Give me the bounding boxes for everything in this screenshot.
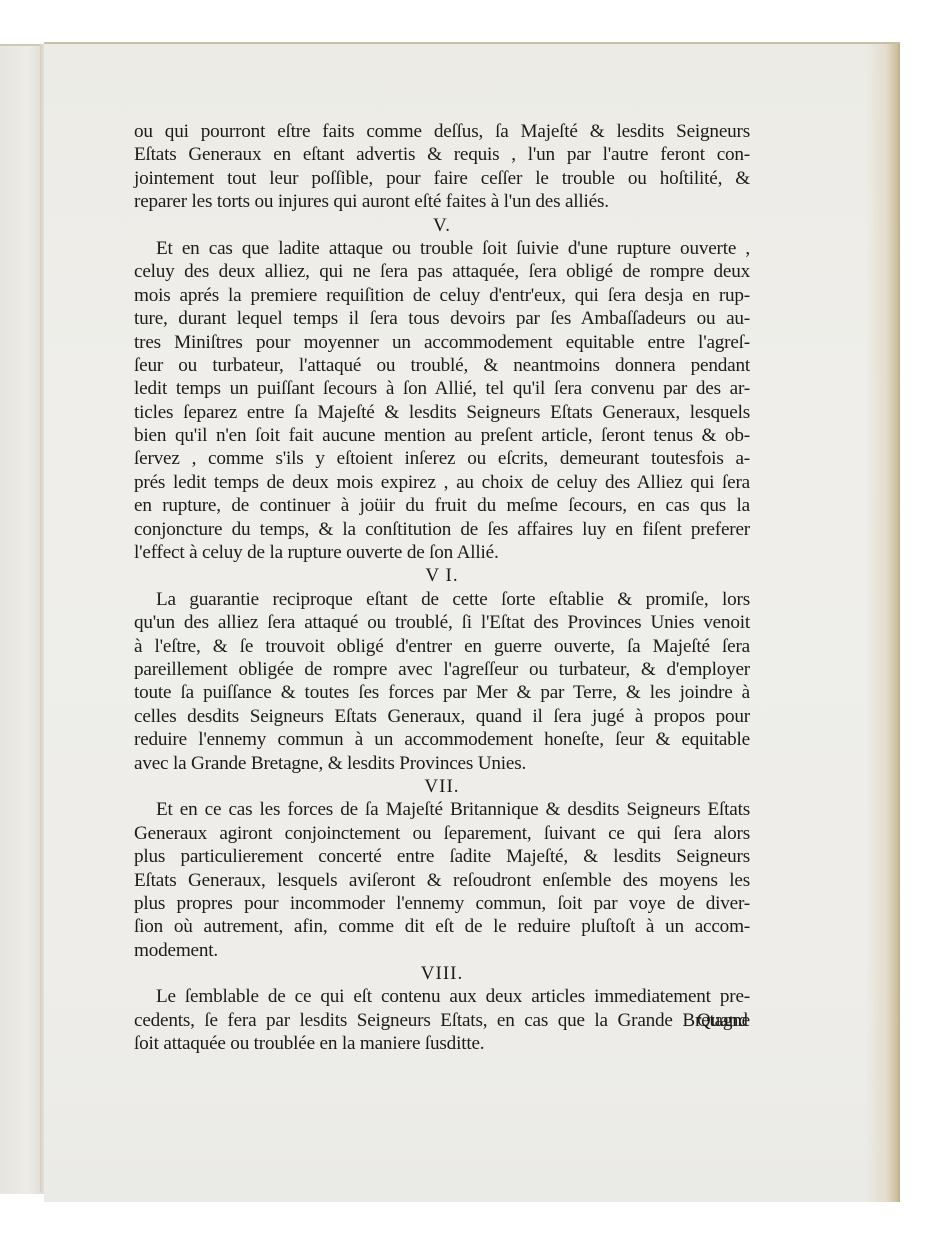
text-line: modement. bbox=[134, 939, 750, 962]
article-vii: VII. Et en ce cas les forces de ſa Majeſ… bbox=[134, 775, 750, 962]
text-line: ture, durant lequel temps il ſera tous d… bbox=[134, 307, 750, 330]
text-line: plus propres pour incommoder l'ennemy co… bbox=[134, 892, 750, 915]
page-text: ou qui pourront eſtre faits comme deſſus… bbox=[134, 120, 750, 1056]
text-line: ſeur ou turbateur, l'attaqué ou troublé,… bbox=[134, 354, 750, 377]
text-line: toute ſa puiſſance & toutes ſes forces p… bbox=[134, 681, 750, 704]
article-v: V. Et en cas que ladite attaque ou troub… bbox=[134, 214, 750, 565]
text-line: reparer les torts ou injures qui auront … bbox=[134, 190, 750, 213]
text-line: avec la Grande Bretagne, & lesdits Provi… bbox=[134, 752, 750, 775]
text-line: ſoit attaquée ou troublée en la maniere … bbox=[134, 1032, 750, 1055]
text-line: tres Miniſtres pour moyenner un accommod… bbox=[134, 331, 750, 354]
text-line: l'effect à celuy de la rupture ouverte d… bbox=[134, 541, 750, 564]
catchword: Quand bbox=[697, 1010, 748, 1032]
text-line: à l'eſtre, & ſe trouvoit obligé d'entrer… bbox=[134, 635, 750, 658]
text-line: celuy des deux alliez, qui ne ſera pas a… bbox=[134, 260, 750, 283]
text-line: Eſtats Generaux, lesquels aviſeront & re… bbox=[134, 869, 750, 892]
article-vi: V I. La guarantie reciproque eſtant de c… bbox=[134, 564, 750, 775]
text-line: plus particulierement concerté entre ſad… bbox=[134, 845, 750, 868]
text-line: reduire l'ennemy commun à un accommodeme… bbox=[134, 728, 750, 751]
article-viii: VIII. Le ſemblable de ce qui eſt contenu… bbox=[134, 962, 750, 1056]
section-continuation: ou qui pourront eſtre faits comme deſſus… bbox=[134, 120, 750, 214]
text-line: ticles ſeparez entre ſa Majeſté & lesdit… bbox=[134, 401, 750, 424]
text-line: celles desdits Seigneurs Eſtats Generaux… bbox=[134, 705, 750, 728]
text-line: Et en ce cas les forces de ſa Majeſté Br… bbox=[134, 798, 750, 821]
text-line: ledit temps un puiſſant ſecours à ſon Al… bbox=[134, 377, 750, 400]
text-line: qu'un des alliez ſera attaqué ou troublé… bbox=[134, 611, 750, 634]
text-line: La guarantie reciproque eſtant de cette … bbox=[134, 588, 750, 611]
text-line: jointement tout leur poſſible, pour fair… bbox=[134, 167, 750, 190]
article-heading: V I. bbox=[134, 564, 750, 587]
text-line: mois aprés la premiere requiſition de ce… bbox=[134, 284, 750, 307]
text-line: conjoncture du temps, & la conſtitution … bbox=[134, 518, 750, 541]
text-line: en rupture, de continuer à joüir du frui… bbox=[134, 494, 750, 517]
article-heading: V. bbox=[134, 214, 750, 237]
article-heading: VIII. bbox=[134, 962, 750, 985]
text-line: bien qu'il n'en ſoit fait aucune mention… bbox=[134, 424, 750, 447]
page-fore-edge bbox=[866, 44, 900, 1202]
text-line: prés ledit temps de deux mois expirez , … bbox=[134, 471, 750, 494]
document-page: ou qui pourront eſtre faits comme deſſus… bbox=[44, 42, 900, 1202]
article-heading: VII. bbox=[134, 775, 750, 798]
text-line: ſion où autrement, afin, comme dit eſt d… bbox=[134, 915, 750, 938]
text-line: Eſtats Generaux en eſtant advertis & req… bbox=[134, 143, 750, 166]
text-line: Le ſemblable de ce qui eſt contenu aux d… bbox=[134, 985, 750, 1008]
text-line: ſervez , comme s'ils y eſtoient inſerez … bbox=[134, 447, 750, 470]
text-line: pareillement obligée de rompre avec l'ag… bbox=[134, 658, 750, 681]
text-line: cedents, ſe fera par lesdits Seigneurs E… bbox=[134, 1009, 750, 1032]
text-line: Et en cas que ladite attaque ou trouble … bbox=[134, 237, 750, 260]
text-line: ou qui pourront eſtre faits comme deſſus… bbox=[134, 120, 750, 143]
text-line: Generaux agiront conjoinctement ou ſepar… bbox=[134, 822, 750, 845]
